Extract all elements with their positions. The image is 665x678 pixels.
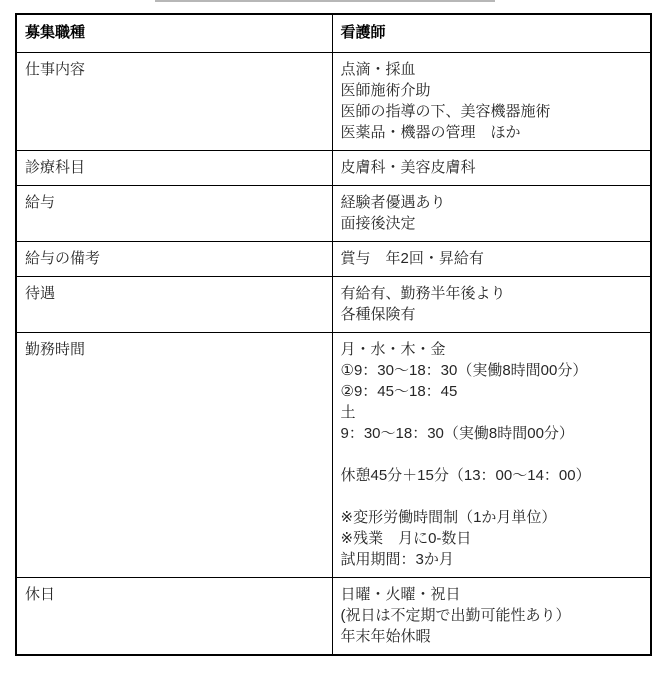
- value-line: 土: [341, 402, 643, 423]
- row-label-cell: 休日: [16, 578, 332, 656]
- header-value-cell: 看護師: [332, 14, 651, 53]
- value-line: 年末年始休暇: [341, 626, 643, 647]
- value-line: 経験者優遇あり: [341, 192, 643, 213]
- value-line: 賞与 年2回・昇給有: [341, 248, 643, 269]
- table-row: 給与の備考賞与 年2回・昇給有: [16, 242, 651, 277]
- value-line: ②9：45〜18：45: [341, 381, 643, 402]
- value-line: 医師の指導の下、美容機器施術: [341, 101, 643, 122]
- value-line: ①9：30〜18：30（実働8時間00分）: [341, 360, 643, 381]
- row-label-cell: 仕事内容: [16, 53, 332, 151]
- row-label-cell: 勤務時間: [16, 333, 332, 578]
- job-posting-table: 募集職種 看護師 仕事内容点滴・採血医師施術介助医師の指導の下、美容機器施術医薬…: [15, 13, 652, 656]
- table-row: 仕事内容点滴・採血医師施術介助医師の指導の下、美容機器施術医薬品・機器の管理 ほ…: [16, 53, 651, 151]
- row-value-cell: 有給有、勤務半年後より各種保険有: [332, 277, 651, 333]
- row-value-cell: 賞与 年2回・昇給有: [332, 242, 651, 277]
- row-value-cell: 日曜・火曜・祝日(祝日は不定期で出勤可能性あり）年末年始休暇: [332, 578, 651, 656]
- value-line: 休憩45分＋15分（13：00〜14：00）: [341, 465, 643, 486]
- value-line: 各種保険有: [341, 304, 643, 325]
- value-line: 月・水・木・金: [341, 339, 643, 360]
- table-row: 休日日曜・火曜・祝日(祝日は不定期で出勤可能性あり）年末年始休暇: [16, 578, 651, 656]
- value-line: 面接後決定: [341, 213, 643, 234]
- table-row: 待遇有給有、勤務半年後より各種保険有: [16, 277, 651, 333]
- value-line: ※残業 月に0-数日: [341, 528, 643, 549]
- row-value-cell: 点滴・採血医師施術介助医師の指導の下、美容機器施術医薬品・機器の管理 ほか: [332, 53, 651, 151]
- value-line: 皮膚科・美容皮膚科: [341, 157, 643, 178]
- row-label-cell: 給与の備考: [16, 242, 332, 277]
- row-label-cell: 待遇: [16, 277, 332, 333]
- page-canvas: 募集職種 看護師 仕事内容点滴・採血医師施術介助医師の指導の下、美容機器施術医薬…: [0, 0, 665, 678]
- value-line: 日曜・火曜・祝日: [341, 584, 643, 605]
- header-label-cell: 募集職種: [16, 14, 332, 53]
- table-row: 診療科目皮膚科・美容皮膚科: [16, 151, 651, 186]
- row-value-cell: 月・水・木・金①9：30〜18：30（実働8時間00分）②9：45〜18：45土…: [332, 333, 651, 578]
- value-line: 点滴・採血: [341, 59, 643, 80]
- value-line: 9：30〜18：30（実働8時間00分）: [341, 423, 643, 444]
- table-row: 給与経験者優遇あり面接後決定: [16, 186, 651, 242]
- value-line: [341, 486, 643, 507]
- table-row: 勤務時間月・水・木・金①9：30〜18：30（実働8時間00分）②9：45〜18…: [16, 333, 651, 578]
- value-line: 医薬品・機器の管理 ほか: [341, 122, 643, 143]
- table-header-row: 募集職種 看護師: [16, 14, 651, 53]
- row-value-cell: 経験者優遇あり面接後決定: [332, 186, 651, 242]
- row-label-cell: 給与: [16, 186, 332, 242]
- row-value-cell: 皮膚科・美容皮膚科: [332, 151, 651, 186]
- cropped-edge-line: [155, 0, 495, 2]
- value-line: (祝日は不定期で出勤可能性あり）: [341, 605, 643, 626]
- value-line: ※変形労働時間制（1か月単位）: [341, 507, 643, 528]
- value-line: [341, 444, 643, 465]
- value-line: 有給有、勤務半年後より: [341, 283, 643, 304]
- row-label-cell: 診療科目: [16, 151, 332, 186]
- value-line: 医師施術介助: [341, 80, 643, 101]
- value-line: 試用期間：3か月: [341, 549, 643, 570]
- table-body: 仕事内容点滴・採血医師施術介助医師の指導の下、美容機器施術医薬品・機器の管理 ほ…: [16, 53, 651, 656]
